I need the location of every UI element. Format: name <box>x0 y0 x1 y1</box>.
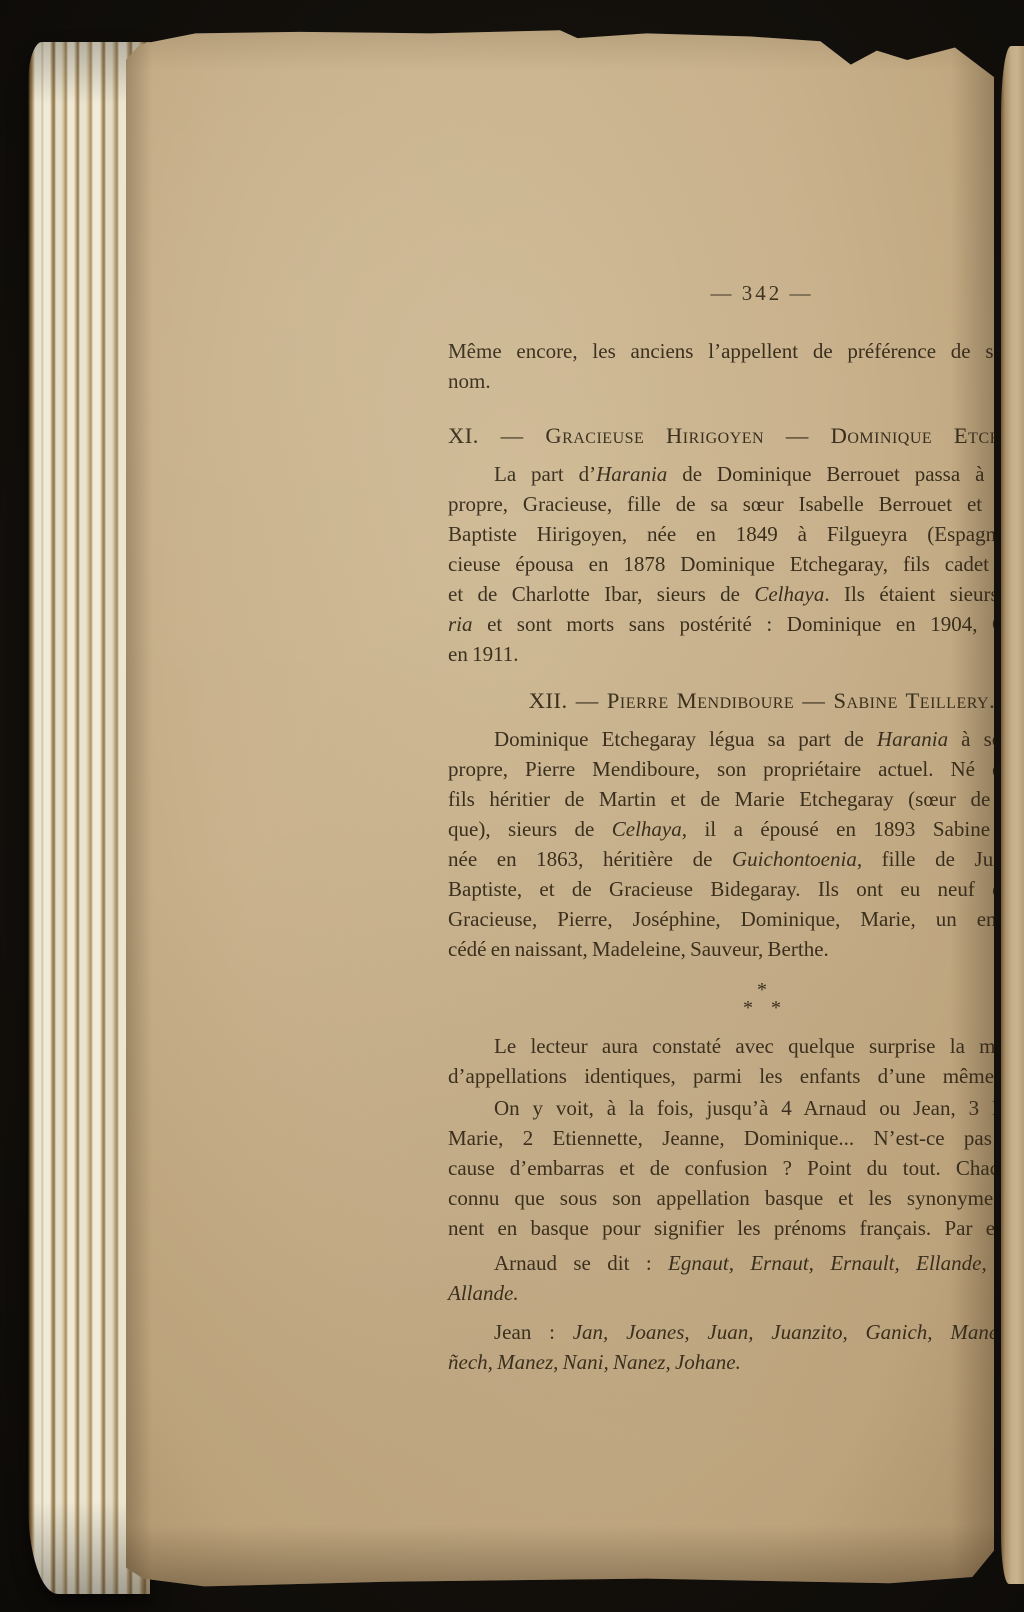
text-segment: XII. — Pierre Mendiboure — Sabine Teille… <box>529 688 995 713</box>
text-segment: cieuse épousa en 1878 Dominique Etchegar… <box>448 552 1024 576</box>
italic-segment: Celhaya, <box>612 817 687 841</box>
paragraph: Dominique Etchegaray légua sa part de Ha… <box>448 724 1024 964</box>
text-line: propre, Gracieuse, fille de sa sœur Isab… <box>448 489 1024 519</box>
text-line: Dominique Etchegaray légua sa part de Ha… <box>448 724 1024 754</box>
text-segment: XI. — Gracieuse Hirigoyen — Dominique Et… <box>448 423 1024 448</box>
text-segment: que), sieurs de <box>448 817 612 841</box>
text-segment: Dominique Etchegaray légua sa part de <box>494 727 877 751</box>
page-number: — 342 — <box>448 278 1024 308</box>
text-line: Arnaud se dit : Egnaut, Ernaut, Ernault,… <box>448 1248 1024 1278</box>
section-heading: XII. — Pierre Mendiboure — Sabine Teille… <box>448 686 1024 716</box>
text-segment: Même encore, les anciens l’appellent de … <box>448 339 1024 363</box>
text-segment: d’appellations identiques, parmi les enf… <box>448 1064 1024 1088</box>
text-segment: née en 1863, héritière de <box>448 847 732 871</box>
text-line: Gracieuse, Pierre, Joséphine, Dominique,… <box>448 904 1024 934</box>
text-line: ñech, Manez, Nani, Nanez, Johane. <box>448 1347 1024 1377</box>
text-segment: On y voit, à la fois, jusqu’à 4 Arnaud o… <box>494 1096 1024 1120</box>
italic-segment: ñech, Manez, Nani, Nanez, Johane. <box>448 1350 741 1374</box>
text-line: nent en basque pour signifier les prénom… <box>448 1213 1024 1243</box>
italic-segment: Harania <box>877 727 948 751</box>
text-segment: Baptiste Hirigoyen, née en 1849 à Filgue… <box>448 522 1024 546</box>
scanned-book-photo: — 342 — Même encore, les anciens l’appel… <box>0 0 1024 1612</box>
text-segment: en 1911. <box>448 642 519 666</box>
italic-segment: Egnaut, Ernaut, Ernault, Ellande, Erland… <box>668 1251 1024 1275</box>
italic-segment: Guichontoenia, <box>732 847 862 871</box>
text-line: Jean : Jan, Joanes, Juan, Juanzito, Gani… <box>448 1317 1024 1347</box>
paragraph: On y voit, à la fois, jusqu’à 4 Arnaud o… <box>448 1093 1024 1243</box>
text-segment: La part d’ <box>494 462 596 486</box>
text-segment: cause d’embarras et de confusion ? Point… <box>448 1156 1024 1180</box>
text-line: d’appellations identiques, parmi les enf… <box>448 1061 1024 1091</box>
text-line: en 1911. <box>448 639 1024 669</box>
text-line: née en 1863, héritière de Guichontoenia,… <box>448 844 1024 874</box>
text-line: cieuse épousa en 1878 Dominique Etchegar… <box>448 549 1024 579</box>
text-segment: connu que sous son appellation basque et… <box>448 1186 1024 1210</box>
text-line: et de Charlotte Ibar, sieurs de Celhaya.… <box>448 579 1024 609</box>
separator-line: * * <box>448 999 1024 1017</box>
italic-segment: Jan, Joanes, Juan, Juanzito, Ganich, Man… <box>573 1320 1024 1344</box>
text-segment: nent en basque pour signifier les prénom… <box>448 1216 1024 1240</box>
paragraph: Jean : Jan, Joanes, Juan, Juanzito, Gani… <box>448 1317 1024 1377</box>
text-line: cédé en naissant, Madeleine, Sauveur, Be… <box>448 934 1024 964</box>
text-segment: il a épousé en 1893 Sabine Teillery, <box>687 817 1024 841</box>
italic-segment: Celhaya <box>754 582 824 606</box>
text-segment: cédé en naissant, Madeleine, Sauveur, Be… <box>448 937 829 961</box>
text-line: Baptiste, et de Gracieuse Bidegaray. Ils… <box>448 874 1024 904</box>
italic-segment: Allande. <box>448 1281 519 1305</box>
text-segment: Marie, 2 Etiennette, Jeanne, Dominique..… <box>448 1126 1024 1150</box>
paragraph: Même encore, les anciens l’appellent de … <box>448 336 1024 396</box>
paragraph: Arnaud se dit : Egnaut, Ernaut, Ernault,… <box>448 1248 1024 1308</box>
next-page-sliver <box>1001 46 1024 1584</box>
text-segment: propre, Pierre Mendiboure, son propriéta… <box>448 757 1024 781</box>
text-line: On y voit, à la fois, jusqu’à 4 Arnaud o… <box>448 1093 1024 1123</box>
text-segment: Le lecteur aura constaté avec quelque su… <box>494 1034 1024 1058</box>
paragraph: La part d’Harania de Dominique Berrouet … <box>448 459 1024 669</box>
text-segment: nom. <box>448 369 491 393</box>
text-line: que), sieurs de Celhaya, il a épousé en … <box>448 814 1024 844</box>
asterisk-separator: ** * <box>448 981 1024 1017</box>
paragraph: Le lecteur aura constaté avec quelque su… <box>448 1031 1024 1091</box>
text-line: Le lecteur aura constaté avec quelque su… <box>448 1031 1024 1061</box>
text-line: connu que sous son appellation basque et… <box>448 1183 1024 1213</box>
text-line: fils héritier de Martin et de Marie Etch… <box>448 784 1024 814</box>
text-line: Marie, 2 Etiennette, Jeanne, Dominique..… <box>448 1123 1024 1153</box>
text-line: Baptiste Hirigoyen, née en 1849 à Filgue… <box>448 519 1024 549</box>
text-blocks: Même encore, les anciens l’appellent de … <box>448 336 1024 1377</box>
text-line: Même encore, les anciens l’appellent de … <box>448 336 1024 366</box>
text-line: XII. — Pierre Mendiboure — Sabine Teille… <box>448 686 1024 716</box>
text-line: Allande. <box>448 1278 1024 1308</box>
text-segment: Baptiste, et de Gracieuse Bidegaray. Ils… <box>448 877 1024 901</box>
text-segment: propre, Gracieuse, fille de sa sœur Isab… <box>448 492 1024 516</box>
text-segment: de Dominique Berrouet passa à sa nièce <box>667 462 1024 486</box>
text-segment: et sont morts sans postérité : Dominique… <box>473 612 1024 636</box>
book-page: — 342 — Même encore, les anciens l’appel… <box>126 24 994 1588</box>
text-line: nom. <box>448 366 1024 396</box>
text-segment: fils héritier de Martin et de Marie Etch… <box>448 787 1024 811</box>
text-segment: . Ils étaient sieurs d’ <box>824 582 1024 606</box>
text-line: XI. — Gracieuse Hirigoyen — Dominique Et… <box>448 421 1024 451</box>
italic-segment: ria <box>448 612 473 636</box>
text-line: cause d’embarras et de confusion ? Point… <box>448 1153 1024 1183</box>
separator-line: * <box>448 981 1024 999</box>
text-line: ria et sont morts sans postérité : Domin… <box>448 609 1024 639</box>
text-segment: Jean : <box>494 1320 573 1344</box>
text-segment: Gracieuse, Pierre, Joséphine, Dominique,… <box>448 907 1024 931</box>
text-segment: et de Charlotte Ibar, sieurs de <box>448 582 754 606</box>
text-line: La part d’Harania de Dominique Berrouet … <box>448 459 1024 489</box>
text-column: — 342 — Même encore, les anciens l’appel… <box>448 278 1024 1377</box>
italic-segment: Harania <box>596 462 667 486</box>
section-heading: XI. — Gracieuse Hirigoyen — Dominique Et… <box>448 421 1024 451</box>
text-segment: fille de Julien-Jean- <box>862 847 1024 871</box>
text-segment: Arnaud se dit : <box>494 1251 668 1275</box>
text-line: propre, Pierre Mendiboure, son propriéta… <box>448 754 1024 784</box>
